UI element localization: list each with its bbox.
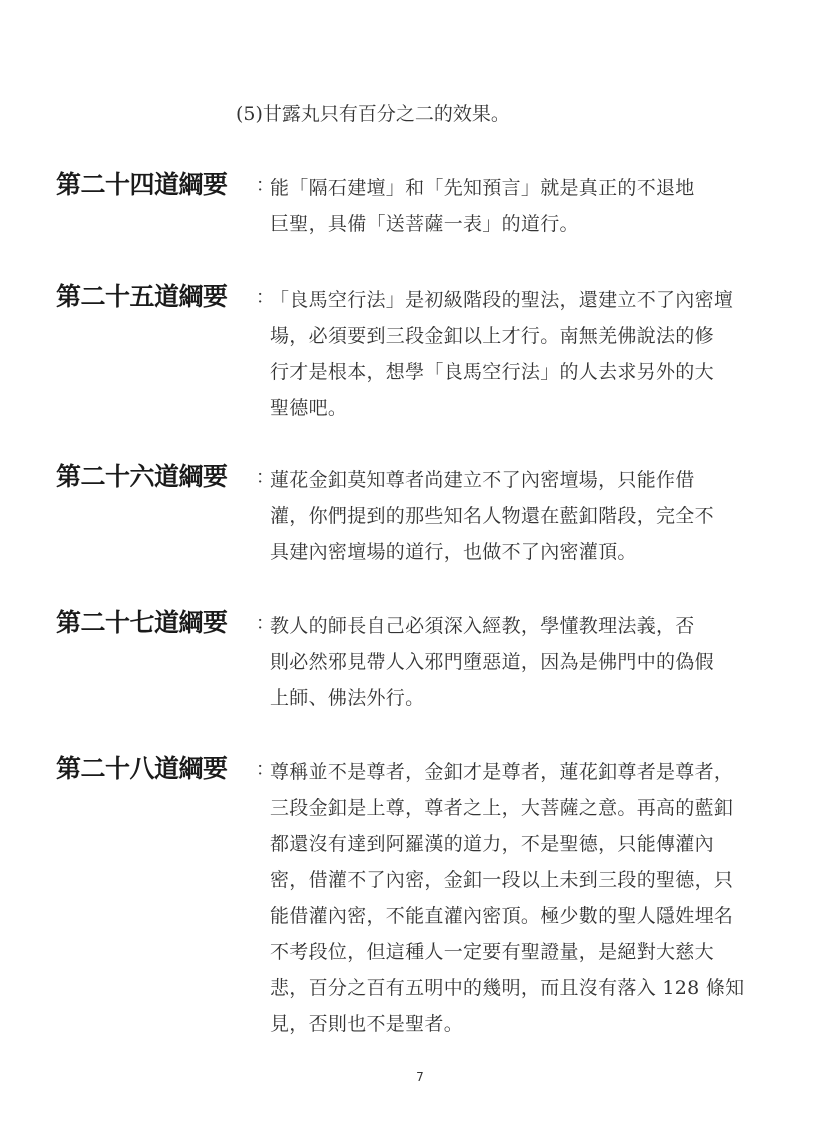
- entry-line: 聖德吧。: [270, 390, 790, 426]
- entry-heading: 第二十六道綱要: [56, 460, 228, 494]
- entry-line: 能借灌內密，不能直灌內密頂。極少數的聖人隱姓埋名: [270, 898, 790, 934]
- entry-heading: 第二十五道綱要: [56, 280, 228, 314]
- document-page: (5)甘露丸只有百分之二的效果。 第二十四道綱要 ： 能「隔石建壇」和「先知預言…: [0, 0, 840, 1125]
- entry-line: 都還沒有達到阿羅漢的道力，不是聖德，只能傳灌內: [270, 826, 790, 862]
- entry-line: 行才是根本，想學「良馬空行法」的人去求另外的大: [270, 354, 790, 390]
- entry-line: 三段金釦是上尊，尊者之上，大菩薩之意。再高的藍釦: [270, 790, 790, 826]
- entry-line: 具建內密壇場的道行，也做不了內密灌頂。: [270, 534, 790, 570]
- entry-heading: 第二十七道綱要: [56, 606, 228, 640]
- entry-line: 則必然邪見帶人入邪門墮惡道，因為是佛門中的偽假: [270, 644, 790, 680]
- entry-body: 蓮花金釦莫知尊者尚建立不了內密壇場，只能作借 灌，你們提到的那些知名人物還在藍釦…: [270, 462, 790, 570]
- entry-body: 教人的師長自己必須深入經教，學懂教理法義，否 則必然邪見帶人入邪門墮惡道，因為是…: [270, 608, 790, 716]
- entry-body: 能「隔石建壇」和「先知預言」就是真正的不退地 巨聖，具備「送菩薩一表」的道行。: [270, 170, 790, 242]
- entry-body: 「良馬空行法」是初級階段的聖法，還建立不了內密壇 場，必須要到三段金釦以上才行。…: [270, 282, 790, 426]
- entry-line: 悲，百分之百有五明中的幾明，而且沒有落入 128 條知: [270, 970, 790, 1006]
- entry-heading: 第二十四道綱要: [56, 168, 228, 202]
- entry-line: 蓮花金釦莫知尊者尚建立不了內密壇場，只能作借: [270, 462, 790, 498]
- entry-line: 尊稱並不是尊者，金釦才是尊者，蓮花釦尊者是尊者，: [270, 754, 790, 790]
- entry-line: 密，借灌不了內密，金釦一段以上未到三段的聖德，只: [270, 862, 790, 898]
- entry-heading: 第二十八道綱要: [56, 752, 228, 786]
- entry-line: 「良馬空行法」是初級階段的聖法，還建立不了內密壇: [270, 282, 790, 318]
- page-number: 7: [0, 1070, 840, 1084]
- entry-line: 上師、佛法外行。: [270, 680, 790, 716]
- entry-line: 灌，你們提到的那些知名人物還在藍釦階段，完全不: [270, 498, 790, 534]
- intro-line: (5)甘露丸只有百分之二的效果。: [236, 100, 510, 128]
- entry-line: 巨聖，具備「送菩薩一表」的道行。: [270, 206, 790, 242]
- entry-line: 能「隔石建壇」和「先知預言」就是真正的不退地: [270, 170, 790, 206]
- entry-body: 尊稱並不是尊者，金釦才是尊者，蓮花釦尊者是尊者， 三段金釦是上尊，尊者之上，大菩…: [270, 754, 790, 1042]
- entry-line: 教人的師長自己必須深入經教，學懂教理法義，否: [270, 608, 790, 644]
- entry-line: 見，否則也不是聖者。: [270, 1006, 790, 1042]
- entry-line: 場，必須要到三段金釦以上才行。南無羌佛說法的修: [270, 318, 790, 354]
- entry-line: 不考段位，但這種人一定要有聖證量，是絕對大慈大: [270, 934, 790, 970]
